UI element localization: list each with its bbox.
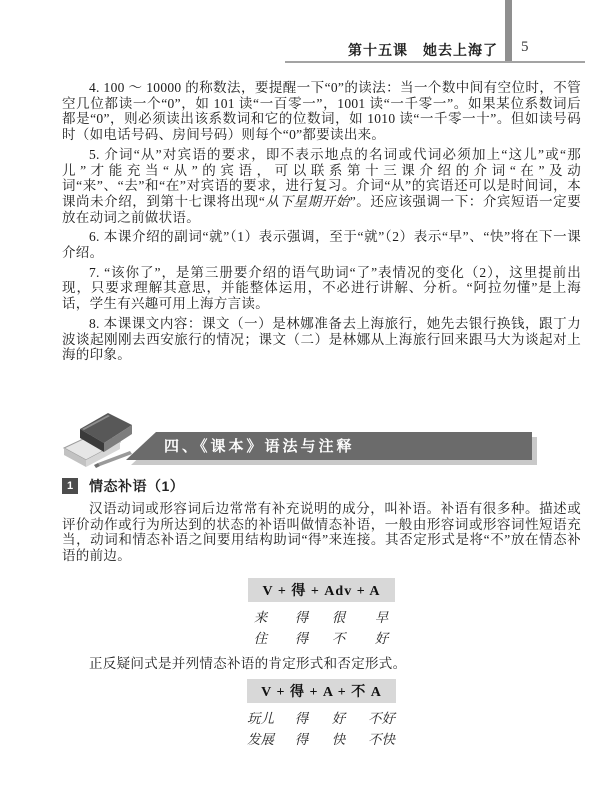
note-paragraph-5: 5. 介词“从”对宾语的要求，即不表示地点的名词或代词必须加上“这儿”或“那儿”… <box>62 147 581 226</box>
example-cell: 快 <box>332 732 346 747</box>
example-cell: 住 <box>254 631 268 646</box>
formula2-box: V + 得 + A + 不 A <box>247 679 396 703</box>
example-cell: 得 <box>295 610 309 625</box>
header-rule <box>285 61 585 63</box>
example-cell: 早 <box>375 610 389 625</box>
example-cell: 好 <box>375 631 389 646</box>
example-cell: 发展 <box>247 732 274 747</box>
note-paragraph-4: 4. 100 ～ 10000 的称数法，要提醒一下“0”的读法：当一个数中间有空… <box>62 80 581 143</box>
example-cell: 很 <box>332 610 346 625</box>
note-paragraph-6: 6. 本课介绍的副词“就”（1）表示强调，至于“就”（2）表示“早”、“快”将在… <box>62 229 581 260</box>
example-cell: 得 <box>295 631 309 646</box>
example-cell: 好 <box>332 711 346 726</box>
example-cell: 玩儿 <box>247 711 274 726</box>
section-banner: 四、《课本》语法与注释 <box>126 432 532 460</box>
section-title: 四、《课本》语法与注释 <box>126 435 355 456</box>
page-number: 5 <box>521 39 529 56</box>
formula2-row: V + 得 + A + 不 A <box>62 679 581 703</box>
note-paragraph-5-kai-phrase: 从下星期开始 <box>265 194 350 209</box>
example-cell: 不 <box>332 631 346 646</box>
affirmative-negative-note: 正反疑问式是并列情态补语的肯定形式和否定形式。 <box>62 656 581 672</box>
example-cell: 不好 <box>368 711 395 726</box>
grammar-intro-paragraph: 汉语动词或形容词后边常常有补充说明的成分，叫补语。补语有很多种。描述或评价动作或… <box>62 501 581 564</box>
books-icon <box>58 404 142 481</box>
example-cell: 得 <box>295 711 309 726</box>
textbook-page: 第十五课 她去上海了 5 4. 100 ～ 10000 的称数法，要提醒一下“0… <box>0 0 600 806</box>
formula2-examples: 玩儿 得 好 不好 发展 得 快 不快 <box>238 711 406 747</box>
note-paragraph-7: 7. “该你了”，是第三册要介绍的语气助词“了”表情况的变化（2），这里提前出现… <box>62 265 581 312</box>
formula1-examples: 来 得 很 早 住 得 不 好 <box>238 610 406 646</box>
formula1-box: V + 得 + Adv + A <box>248 578 394 602</box>
lesson-title: 第十五课 她去上海了 <box>348 40 498 60</box>
main-column: 4. 100 ～ 10000 的称数法，要提醒一下“0”的读法：当一个数中间有空… <box>62 80 581 747</box>
header-vertical-bar <box>505 0 512 63</box>
example-cell: 不快 <box>368 732 395 747</box>
example-cell: 得 <box>295 732 309 747</box>
example-cell: 来 <box>254 610 268 625</box>
note-paragraph-8: 8. 本课课文内容：课文（一）是林娜准备去上海旅行，她先去银行换钱，跟丁力波谈起… <box>62 316 581 363</box>
section-header: 四、《课本》语法与注释 <box>62 407 581 473</box>
formula1-row: V + 得 + Adv + A <box>62 578 581 602</box>
